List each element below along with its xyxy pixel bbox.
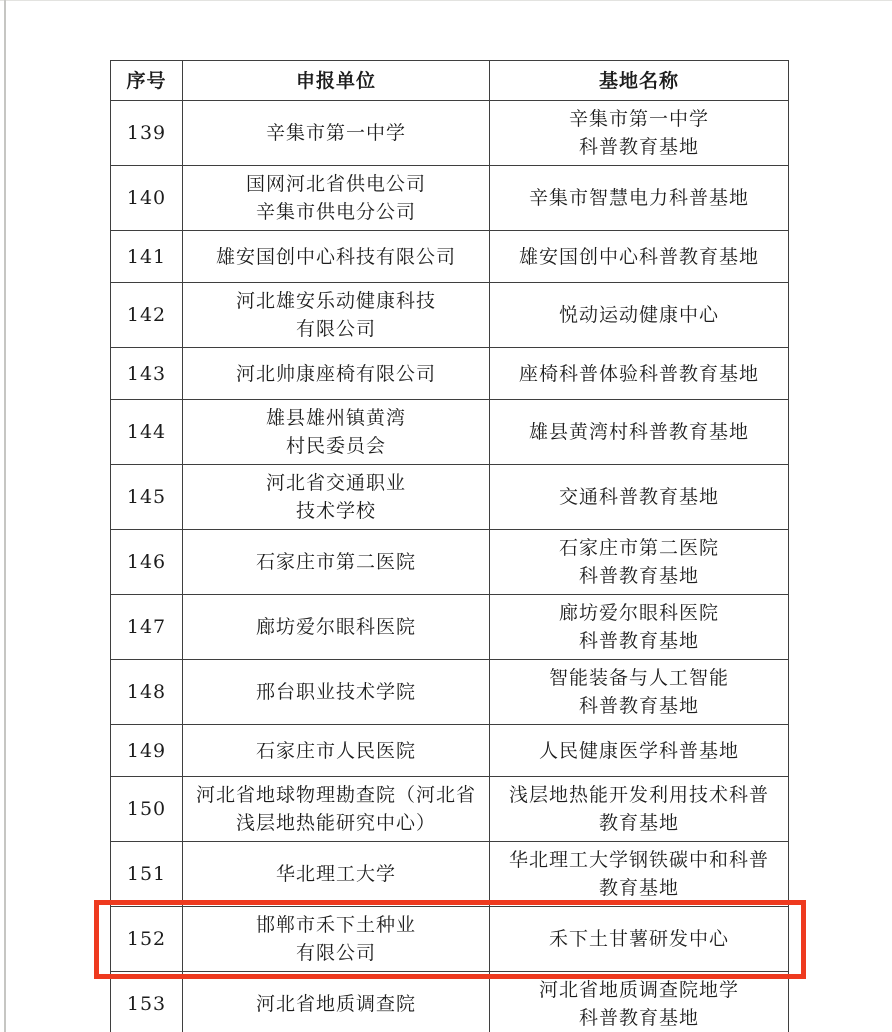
approval-table-container: 序号 申报单位 基地名称 139辛集市第一中学辛集市第一中学 科普教育基地140… [110,60,788,1032]
cell-unit: 华北理工大学 [183,842,490,907]
table-row: 152邯郸市禾下土种业 有限公司禾下土甘薯研发中心 [111,907,789,972]
table-row: 153河北省地质调查院河北省地质调查院地学 科普教育基地 [111,972,789,1032]
cell-no: 143 [111,348,183,400]
cell-base: 交通科普教育基地 [490,465,789,530]
cell-base: 人民健康医学科普基地 [490,725,789,777]
cell-base: 悦动运动健康中心 [490,283,789,348]
cell-base: 浅层地热能开发利用技术科普 教育基地 [490,777,789,842]
cell-base: 石家庄市第二医院 科普教育基地 [490,530,789,595]
table-row: 151华北理工大学华北理工大学钢铁碳中和科普 教育基地 [111,842,789,907]
cell-no: 151 [111,842,183,907]
table-row: 140国网河北省供电公司 辛集市供电分公司辛集市智慧电力科普基地 [111,166,789,231]
table-row: 141雄安国创中心科技有限公司雄安国创中心科普教育基地 [111,231,789,283]
cell-no: 147 [111,595,183,660]
table-row: 148邢台职业技术学院智能装备与人工智能 科普教育基地 [111,660,789,725]
cell-unit: 廊坊爱尔眼科医院 [183,595,490,660]
cell-base: 雄安国创中心科普教育基地 [490,231,789,283]
cell-no: 153 [111,972,183,1032]
col-header-unit: 申报单位 [183,61,490,101]
cell-no: 145 [111,465,183,530]
cell-base: 禾下土甘薯研发中心 [490,907,789,972]
cell-unit: 雄安国创中心科技有限公司 [183,231,490,283]
col-header-no: 序号 [111,61,183,101]
table-row: 149石家庄市人民医院人民健康医学科普基地 [111,725,789,777]
cell-no: 140 [111,166,183,231]
cell-unit: 辛集市第一中学 [183,101,490,166]
cell-unit: 雄县雄州镇黄湾 村民委员会 [183,400,490,465]
cell-no: 144 [111,400,183,465]
cell-unit: 河北省交通职业 技术学校 [183,465,490,530]
cell-base: 智能装备与人工智能 科普教育基地 [490,660,789,725]
cell-no: 146 [111,530,183,595]
table-row: 150河北省地球物理勘查院（河北省 浅层地热能研究中心）浅层地热能开发利用技术科… [111,777,789,842]
table-row: 146石家庄市第二医院石家庄市第二医院 科普教育基地 [111,530,789,595]
page-top-edge [0,0,892,1]
cell-unit: 石家庄市第二医院 [183,530,490,595]
table-row: 147廊坊爱尔眼科医院廊坊爱尔眼科医院 科普教育基地 [111,595,789,660]
cell-base: 廊坊爱尔眼科医院 科普教育基地 [490,595,789,660]
page-edge-line [4,0,6,1032]
table-row: 145河北省交通职业 技术学校交通科普教育基地 [111,465,789,530]
cell-unit: 邯郸市禾下土种业 有限公司 [183,907,490,972]
table-row: 139辛集市第一中学辛集市第一中学 科普教育基地 [111,101,789,166]
table-row: 144雄县雄州镇黄湾 村民委员会雄县黄湾村科普教育基地 [111,400,789,465]
table-row: 143河北帅康座椅有限公司座椅科普体验科普教育基地 [111,348,789,400]
cell-no: 150 [111,777,183,842]
cell-no: 149 [111,725,183,777]
cell-base: 座椅科普体验科普教育基地 [490,348,789,400]
cell-no: 142 [111,283,183,348]
cell-no: 141 [111,231,183,283]
cell-no: 148 [111,660,183,725]
col-header-base: 基地名称 [490,61,789,101]
cell-base: 雄县黄湾村科普教育基地 [490,400,789,465]
cell-unit: 邢台职业技术学院 [183,660,490,725]
cell-no: 139 [111,101,183,166]
cell-base: 华北理工大学钢铁碳中和科普 教育基地 [490,842,789,907]
cell-base: 河北省地质调查院地学 科普教育基地 [490,972,789,1032]
cell-unit: 河北雄安乐动健康科技 有限公司 [183,283,490,348]
approval-table: 序号 申报单位 基地名称 139辛集市第一中学辛集市第一中学 科普教育基地140… [110,60,789,1032]
cell-base: 辛集市第一中学 科普教育基地 [490,101,789,166]
table-body: 139辛集市第一中学辛集市第一中学 科普教育基地140国网河北省供电公司 辛集市… [111,101,789,1032]
cell-unit: 河北省地质调查院 [183,972,490,1032]
cell-unit: 河北省地球物理勘查院（河北省 浅层地热能研究中心） [183,777,490,842]
cell-no: 152 [111,907,183,972]
cell-base: 辛集市智慧电力科普基地 [490,166,789,231]
cell-unit: 河北帅康座椅有限公司 [183,348,490,400]
table-row: 142河北雄安乐动健康科技 有限公司悦动运动健康中心 [111,283,789,348]
cell-unit: 国网河北省供电公司 辛集市供电分公司 [183,166,490,231]
table-header-row: 序号 申报单位 基地名称 [111,61,789,101]
cell-unit: 石家庄市人民医院 [183,725,490,777]
